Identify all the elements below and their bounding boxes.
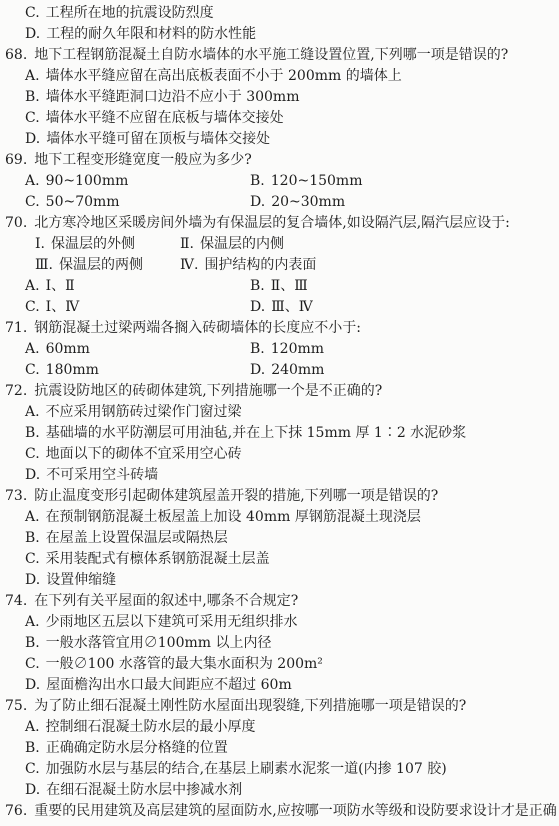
option: D.工程的耐久年限和材料的防水性能 [25, 24, 256, 45]
option-label: C. [25, 110, 40, 126]
option: C.180mm [25, 360, 250, 381]
sub-item-row: Ⅰ.保温层的外侧Ⅱ.保温层的内侧 [0, 234, 559, 255]
question-line: 70.北方寒冷地区采暖房间外墙为有保温层的复合墙体,如设隔汽层,隔汽层应设于: [0, 213, 559, 234]
option: C.工程所在地的抗震设防烈度 [25, 3, 214, 24]
option: D.Ⅲ、Ⅳ [250, 297, 313, 318]
option: D.屋面檐沟出水口最大间距应不超过 60m [25, 675, 292, 696]
question-list: C.工程所在地的抗震设防烈度D.工程的耐久年限和材料的防水性能68.地下工程钢筋… [0, 3, 559, 822]
question-number: 69. [5, 152, 27, 168]
option-row: D.不可采用空斗砖墙 [0, 465, 559, 486]
option-row: C.一般∅100 水落管的最大集水面积为 200m² [0, 654, 559, 675]
option-row: B.基础墙的水平防潮层可用油毡,并在上下抹 15mm 厚 1∶2 水泥砂浆 [0, 423, 559, 444]
option-row: A.少雨地区五层以下建筑可采用无组织排水 [0, 612, 559, 633]
option-text: 墙体水平缝可留在顶板与墙体交接处 [46, 131, 270, 147]
option-text: 在预制钢筋混凝土板屋盖上加设 40mm 厚钢筋混凝土现浇层 [46, 509, 421, 525]
option-text: 地面以下的砌体不宜采用空心砖 [46, 446, 242, 462]
option-label: B. [25, 530, 40, 546]
option-label: B. [25, 89, 40, 105]
option-text: 一般水落管宜用∅100mm 以上内径 [46, 635, 272, 651]
question-stem: 钢筋混凝土过梁两端各搁入砖砌墙体的长度应不小于: [34, 320, 361, 336]
option-row: C.采用装配式有檩体系钢筋混凝土层盖 [0, 549, 559, 570]
question-stem: 地下工程变形缝宽度一般应为多少? [34, 152, 252, 168]
option: A.控制细石混凝土防水层的最小厚度 [25, 717, 256, 738]
option-text: 加强防水层与基层的结合,在基层上刷素水泥浆一道(内掺 107 胶) [46, 761, 447, 777]
option-label: D. [25, 677, 40, 693]
option: D.墙体水平缝可留在顶板与墙体交接处 [25, 129, 270, 150]
option-row: D.在细石混凝土防水层中掺减水剂 [0, 780, 559, 801]
option: C.一般∅100 水落管的最大集水面积为 200m² [25, 654, 323, 675]
option-label: B. [250, 278, 265, 294]
option-row: C.加强防水层与基层的结合,在基层上刷素水泥浆一道(内掺 107 胶) [0, 759, 559, 780]
option-label: A. [25, 404, 40, 420]
option-row: A.Ⅰ、ⅡB.Ⅱ、Ⅲ [0, 276, 559, 297]
option-label: B. [25, 740, 40, 756]
option-row: A.60mmB.120mm [0, 339, 559, 360]
sub-item-text: 保温层的内侧 [200, 236, 284, 252]
option-label: C. [25, 551, 40, 567]
option: B.120~150mm [250, 171, 362, 192]
option-row: C.地面以下的砌体不宜采用空心砖 [0, 444, 559, 465]
option-label: A. [25, 68, 40, 84]
option-text: 120mm [271, 341, 324, 357]
option-label: C. [25, 299, 40, 315]
question-stem: 为了防止细石混凝土刚性防水屋面出现裂缝,下列措施哪一项是错误的? [34, 698, 466, 714]
option-row: D.墙体水平缝可留在顶板与墙体交接处 [0, 129, 559, 150]
option-row: D.工程的耐久年限和材料的防水性能 [0, 24, 559, 45]
option: A.90~100mm [25, 171, 250, 192]
option: D.240mm [250, 360, 324, 381]
option: A.60mm [25, 339, 250, 360]
option-row: B.墙体水平缝距洞口边沿不应小于 300mm [0, 87, 559, 108]
sub-item: Ⅱ.保温层的内侧 [180, 234, 284, 255]
option: A.不应采用钢筋砖过梁作门窗过梁 [25, 402, 242, 423]
option-row: A.在预制钢筋混凝土板屋盖上加设 40mm 厚钢筋混凝土现浇层 [0, 507, 559, 528]
option-text: 正确确定防水层分格缝的位置 [46, 740, 228, 756]
option-text: 240mm [271, 362, 324, 378]
option-text: 在屋盖上设置保温层或隔热层 [46, 530, 228, 546]
option: A.少雨地区五层以下建筑可采用无组织排水 [25, 612, 298, 633]
question-number: 72. [5, 383, 27, 399]
sub-item-label: Ⅰ. [35, 236, 45, 252]
option-label: A. [25, 614, 40, 630]
option-text: 一般∅100 水落管的最大集水面积为 200m² [46, 656, 323, 672]
option-text: 20~30mm [271, 194, 345, 210]
question-number: 71. [5, 320, 27, 336]
question-number: 68. [5, 47, 27, 63]
option-text: 控制细石混凝土防水层的最小厚度 [46, 719, 256, 735]
option-label: A. [25, 278, 40, 294]
option-text: 在细石混凝土防水层中掺减水剂 [46, 782, 242, 798]
option-row: A.不应采用钢筋砖过梁作门窗过梁 [0, 402, 559, 423]
option-row: C.墙体水平缝不应留在底板与墙体交接处 [0, 108, 559, 129]
question-line: 72.抗震设防地区的砖砌体建筑,下列措施哪一个是不正确的? [0, 381, 559, 402]
option-row: A.90~100mmB.120~150mm [0, 171, 559, 192]
question-number: 76. [5, 803, 27, 819]
option-label: D. [25, 782, 40, 798]
question-stem: 地下工程钢筋混凝土自防水墙体的水平施工缝设置位置,下列哪一项是错误的? [34, 47, 508, 63]
option: C.50~70mm [25, 192, 250, 213]
question-number: 74. [5, 593, 27, 609]
option: B.一般水落管宜用∅100mm 以上内径 [25, 633, 271, 654]
option-text: 180mm [46, 362, 99, 378]
question-stem: 重要的民用建筑及高层建筑的屋面防水,应按哪一项防水等级和设防要求设计才是正确 [34, 803, 556, 819]
question-line: 76.重要的民用建筑及高层建筑的屋面防水,应按哪一项防水等级和设防要求设计才是正… [0, 801, 559, 822]
option: D.不可采用空斗砖墙 [25, 465, 158, 486]
option-text: 墙体水平缝应留在高出底板表面不小于 200mm 的墙体上 [46, 68, 402, 84]
option-row: B.正确确定防水层分格缝的位置 [0, 738, 559, 759]
option-text: 工程所在地的抗震设防烈度 [46, 5, 214, 21]
option-label: D. [25, 467, 40, 483]
option: C.加强防水层与基层的结合,在基层上刷素水泥浆一道(内掺 107 胶) [25, 759, 447, 780]
option-label: C. [25, 446, 40, 462]
option-text: 采用装配式有檩体系钢筋混凝土层盖 [46, 551, 270, 567]
option: B.基础墙的水平防潮层可用油毡,并在上下抹 15mm 厚 1∶2 水泥砂浆 [25, 423, 466, 444]
option-label: D. [25, 26, 40, 42]
option-text: 墙体水平缝距洞口边沿不应小于 300mm [46, 89, 300, 105]
question-line: 69.地下工程变形缝宽度一般应为多少? [0, 150, 559, 171]
option-label: D. [250, 194, 265, 210]
sub-item: Ⅰ.保温层的外侧 [35, 234, 180, 255]
option-label: C. [25, 656, 40, 672]
option-row: D.设置伸缩缝 [0, 570, 559, 591]
option-label: A. [25, 719, 40, 735]
sub-item-row: Ⅲ.保温层的两侧Ⅳ.围护结构的内表面 [0, 255, 559, 276]
option: D.设置伸缩缝 [25, 570, 116, 591]
question-number: 73. [5, 488, 27, 504]
option-row: C.工程所在地的抗震设防烈度 [0, 3, 559, 24]
option-row: B.在屋盖上设置保温层或隔热层 [0, 528, 559, 549]
option-row: C.50~70mmD.20~30mm [0, 192, 559, 213]
sub-item: Ⅲ.保温层的两侧 [35, 255, 180, 276]
option-row: D.屋面檐沟出水口最大间距应不超过 60m [0, 675, 559, 696]
option-label: B. [250, 341, 265, 357]
question-line: 71.钢筋混凝土过梁两端各搁入砖砌墙体的长度应不小于: [0, 318, 559, 339]
option-text: 90~100mm [46, 173, 129, 189]
sub-item-label: Ⅲ. [35, 257, 53, 273]
option-label: D. [25, 131, 40, 147]
option-text: Ⅱ、Ⅲ [271, 278, 308, 294]
option-label: C. [25, 362, 40, 378]
option-text: Ⅰ、Ⅱ [46, 278, 75, 294]
option-label: D. [250, 299, 265, 315]
sub-item-text: 保温层的外侧 [51, 236, 135, 252]
option-text: 50~70mm [46, 194, 120, 210]
option-text: 不应采用钢筋砖过梁作门窗过梁 [46, 404, 242, 420]
option-text: 60mm [46, 341, 90, 357]
option-label: A. [25, 509, 40, 525]
option-label: A. [25, 341, 40, 357]
question-line: 74.在下列有关平屋面的叙述中,哪条不合规定? [0, 591, 559, 612]
option: B.墙体水平缝距洞口边沿不应小于 300mm [25, 87, 299, 108]
option-text: Ⅰ、Ⅳ [46, 299, 80, 315]
option: C.Ⅰ、Ⅳ [25, 297, 250, 318]
option-text: Ⅲ、Ⅳ [271, 299, 313, 315]
option-label: B. [25, 635, 40, 651]
option-row: C.Ⅰ、ⅣD.Ⅲ、Ⅳ [0, 297, 559, 318]
question-stem: 北方寒冷地区采暖房间外墙为有保温层的复合墙体,如设隔汽层,隔汽层应设于: [34, 215, 510, 231]
option-text: 屋面檐沟出水口最大间距应不超过 60m [46, 677, 292, 693]
option: D.20~30mm [250, 192, 345, 213]
option-label: C. [25, 5, 40, 21]
sub-item: Ⅳ.围护结构的内表面 [180, 255, 316, 276]
option: B.Ⅱ、Ⅲ [250, 276, 308, 297]
option: D.在细石混凝土防水层中掺减水剂 [25, 780, 242, 801]
exam-page: C.工程所在地的抗震设防烈度D.工程的耐久年限和材料的防水性能68.地下工程钢筋… [0, 0, 559, 822]
option-text: 墙体水平缝不应留在底板与墙体交接处 [46, 110, 284, 126]
option: C.地面以下的砌体不宜采用空心砖 [25, 444, 242, 465]
sub-item-label: Ⅳ. [180, 257, 198, 273]
question-number: 70. [5, 215, 27, 231]
option-label: D. [250, 362, 265, 378]
option-text: 少雨地区五层以下建筑可采用无组织排水 [46, 614, 298, 630]
question-stem: 抗震设防地区的砖砌体建筑,下列措施哪一个是不正确的? [34, 383, 382, 399]
option-text: 设置伸缩缝 [46, 572, 116, 588]
option-row: B.一般水落管宜用∅100mm 以上内径 [0, 633, 559, 654]
option: C.采用装配式有檩体系钢筋混凝土层盖 [25, 549, 270, 570]
sub-item-text: 保温层的两侧 [59, 257, 143, 273]
question-line: 75.为了防止细石混凝土刚性防水屋面出现裂缝,下列措施哪一项是错误的? [0, 696, 559, 717]
option-text: 不可采用空斗砖墙 [46, 467, 158, 483]
option-label: C. [25, 761, 40, 777]
option-label: D. [25, 572, 40, 588]
option: A.在预制钢筋混凝土板屋盖上加设 40mm 厚钢筋混凝土现浇层 [25, 507, 421, 528]
option-row: A.控制细石混凝土防水层的最小厚度 [0, 717, 559, 738]
option-row: C.180mmD.240mm [0, 360, 559, 381]
question-stem: 防止温度变形引起砌体建筑屋盖开裂的措施,下列哪一项是错误的? [34, 488, 438, 504]
option: C.墙体水平缝不应留在底板与墙体交接处 [25, 108, 284, 129]
option: B.正确确定防水层分格缝的位置 [25, 738, 228, 759]
option-text: 120~150mm [271, 173, 363, 189]
sub-item-label: Ⅱ. [180, 236, 194, 252]
option-label: C. [25, 194, 40, 210]
option: A.墙体水平缝应留在高出底板表面不小于 200mm 的墙体上 [25, 66, 402, 87]
question-number: 75. [5, 698, 27, 714]
sub-item-text: 围护结构的内表面 [204, 257, 316, 273]
option-text: 基础墙的水平防潮层可用油毡,并在上下抹 15mm 厚 1∶2 水泥砂浆 [46, 425, 466, 441]
option-label: B. [250, 173, 265, 189]
option: B.在屋盖上设置保温层或隔热层 [25, 528, 228, 549]
option-label: B. [25, 425, 40, 441]
option-text: 工程的耐久年限和材料的防水性能 [46, 26, 256, 42]
question-stem: 在下列有关平屋面的叙述中,哪条不合规定? [34, 593, 298, 609]
option: B.120mm [250, 339, 324, 360]
option: A.Ⅰ、Ⅱ [25, 276, 250, 297]
option-label: A. [25, 173, 40, 189]
question-line: 68.地下工程钢筋混凝土自防水墙体的水平施工缝设置位置,下列哪一项是错误的? [0, 45, 559, 66]
question-line: 73.防止温度变形引起砌体建筑屋盖开裂的措施,下列哪一项是错误的? [0, 486, 559, 507]
option-row: A.墙体水平缝应留在高出底板表面不小于 200mm 的墙体上 [0, 66, 559, 87]
